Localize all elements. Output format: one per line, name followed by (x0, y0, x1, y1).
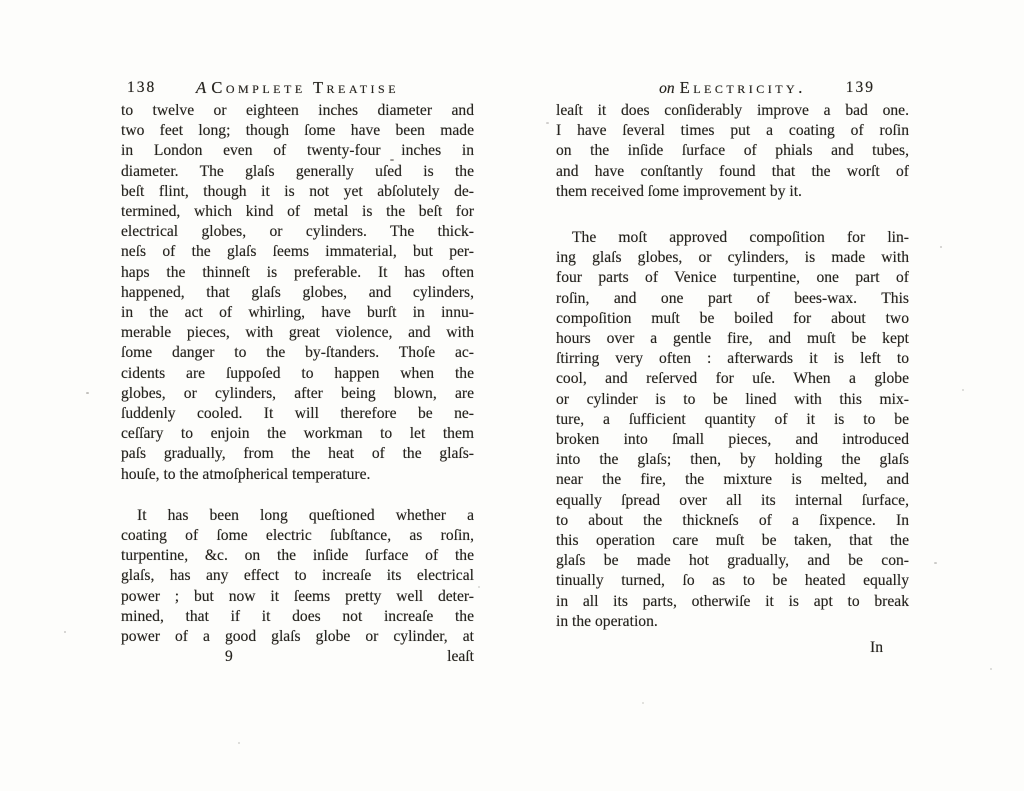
text-line: ture, a ſufficient quantity of it is to … (556, 410, 909, 430)
text-line: near the fire, the mixture is melted, an… (556, 470, 909, 490)
text-line: I have ſeveral times put a coating of ro… (556, 121, 909, 141)
text-line: coating of ſome electric ſubſtance, as r… (121, 526, 474, 546)
text-line: cool, and reſerved for uſe. When a globe (556, 369, 909, 389)
left-page-text: to twelve or eighteen inches diameter an… (121, 101, 474, 647)
left-catchword: leaſt (447, 647, 474, 667)
running-title-prefix: on (659, 80, 675, 97)
right-page-number: 139 (846, 79, 875, 97)
text-line: on the inſide ſurface of phials and tube… (556, 141, 909, 161)
text-line: roſin, and one part of bees-wax. This (556, 289, 909, 309)
scan-speck (390, 159, 394, 161)
scan-speck (238, 742, 240, 744)
text-line: ſuddenly cooled. It will therefore be ne… (121, 404, 474, 424)
text-line: ſtirring very often : afterwards it is l… (556, 349, 909, 369)
text-line: ſome danger to the by-ſtanders. Thoſe ac… (121, 343, 474, 363)
text-line: into the glaſs; then, by holding the gla… (556, 450, 909, 470)
right-page-text: leaſt it does conſiderably improve a bad… (556, 101, 909, 632)
scan-speck (546, 122, 549, 124)
running-title-text: Electricity. (680, 78, 806, 97)
paragraph: leaſt it does conſiderably improve a bad… (556, 101, 909, 202)
text-line: power ; but now it ſeems pretty well det… (121, 587, 474, 607)
left-page: 138 AComplete Treatise to twelve or eigh… (121, 78, 474, 667)
text-line: beſt flint, though it is not yet abſolut… (121, 182, 474, 202)
text-line: and have conſtantly found that the worſt… (556, 162, 909, 182)
left-running-head: 138 AComplete Treatise (121, 78, 474, 100)
left-page-foot: 9 leaſt (121, 647, 474, 667)
text-line: electrical globes, or cylinders. The thi… (121, 222, 474, 242)
book-scan-spread: 138 AComplete Treatise to twelve or eigh… (0, 0, 1024, 791)
right-running-head: onElectricity. 139 (556, 78, 909, 100)
scan-speck (962, 389, 964, 391)
scan-speck (642, 702, 644, 704)
text-line: to twelve or eighteen inches diameter an… (121, 101, 474, 121)
text-line: haps the thinneſt is preferable. It has … (121, 263, 474, 283)
left-page-number: 138 (127, 79, 156, 97)
text-line: in all its parts, otherwiſe it is apt to… (556, 592, 909, 612)
text-line: cidents are ſuppoſed to happen when the (121, 364, 474, 384)
text-line: glaſs, has any effect to increaſe its el… (121, 566, 474, 586)
text-line: two feet long; though ſome have been mad… (121, 121, 474, 141)
paragraph: The moſt approved compoſition for lin-in… (556, 228, 909, 632)
scan-speck (990, 668, 992, 670)
text-line: turpentine, &c. on the inſide ſurface of… (121, 546, 474, 566)
text-line: houſe, to the atmoſpherical temperature. (121, 465, 474, 485)
scan-speck (478, 586, 480, 588)
text-line: ing glaſs globes, or cylinders, is made … (556, 248, 909, 268)
text-line: this operation care muſt be taken, that … (556, 531, 909, 551)
text-line: happened, that glaſs globes, and cylinde… (121, 283, 474, 303)
text-line: in London even of twenty-four inches in (121, 141, 474, 161)
signature-mark: 9 (225, 647, 233, 667)
scan-speck (940, 246, 942, 248)
text-line: termined, which kind of metal is the beſ… (121, 202, 474, 222)
text-line: leaſt it does conſiderably improve a bad… (556, 101, 909, 121)
text-line: glaſs be made hot gradually, and be con- (556, 551, 909, 571)
running-title-text: Complete Treatise (211, 78, 399, 97)
text-line: tinually turned, ſo as to be heated equa… (556, 571, 909, 591)
scan-speck (934, 562, 937, 564)
right-catchword: In (870, 638, 883, 658)
text-line: compoſition muſt be boiled for about two (556, 309, 909, 329)
left-running-title: AComplete Treatise (121, 78, 474, 98)
text-line: paſs gradually, from the heat of the gla… (121, 444, 474, 464)
paragraph: to twelve or eighteen inches diameter an… (121, 101, 474, 485)
text-line: diameter. The glaſs generally uſed is th… (121, 162, 474, 182)
right-page-foot: In (556, 638, 909, 658)
text-line: equally ſpread over all its internal ſur… (556, 491, 909, 511)
text-line: hours over a gentle fire, and muſt be ke… (556, 329, 909, 349)
paragraph: It has been long queſtioned whether acoa… (121, 506, 474, 647)
text-line: globes, or cylinders, after being blown,… (121, 384, 474, 404)
text-line: to about the thickneſs of a ſixpence. In (556, 511, 909, 531)
text-line: or cylinder is to be lined with this mix… (556, 390, 909, 410)
text-line: It has been long queſtioned whether a (121, 506, 474, 526)
text-line: neſs of the glaſs ſeems immaterial, but … (121, 242, 474, 262)
text-line: ceſſary to enjoin the workman to let the… (121, 424, 474, 444)
text-line: mined, that if it does not increaſe the (121, 607, 474, 627)
right-page: onElectricity. 139 leaſt it does conſide… (556, 78, 909, 658)
text-line: four parts of Venice turpentine, one par… (556, 268, 909, 288)
text-line: The moſt approved compoſition for lin- (556, 228, 909, 248)
scan-speck (311, 291, 313, 293)
text-line: in the operation. (556, 612, 909, 632)
scan-speck (64, 631, 66, 633)
text-line: in the act of whirling, have burſt in in… (121, 303, 474, 323)
text-line: power of a good glaſs globe or cylinder,… (121, 627, 474, 647)
running-title-article: A (196, 78, 207, 97)
text-line: broken into ſmall pieces, and introduced (556, 430, 909, 450)
text-line: them received ſome improvement by it. (556, 182, 909, 202)
text-line: merable pieces, with great violence, and… (121, 323, 474, 343)
scan-speck (86, 392, 89, 394)
